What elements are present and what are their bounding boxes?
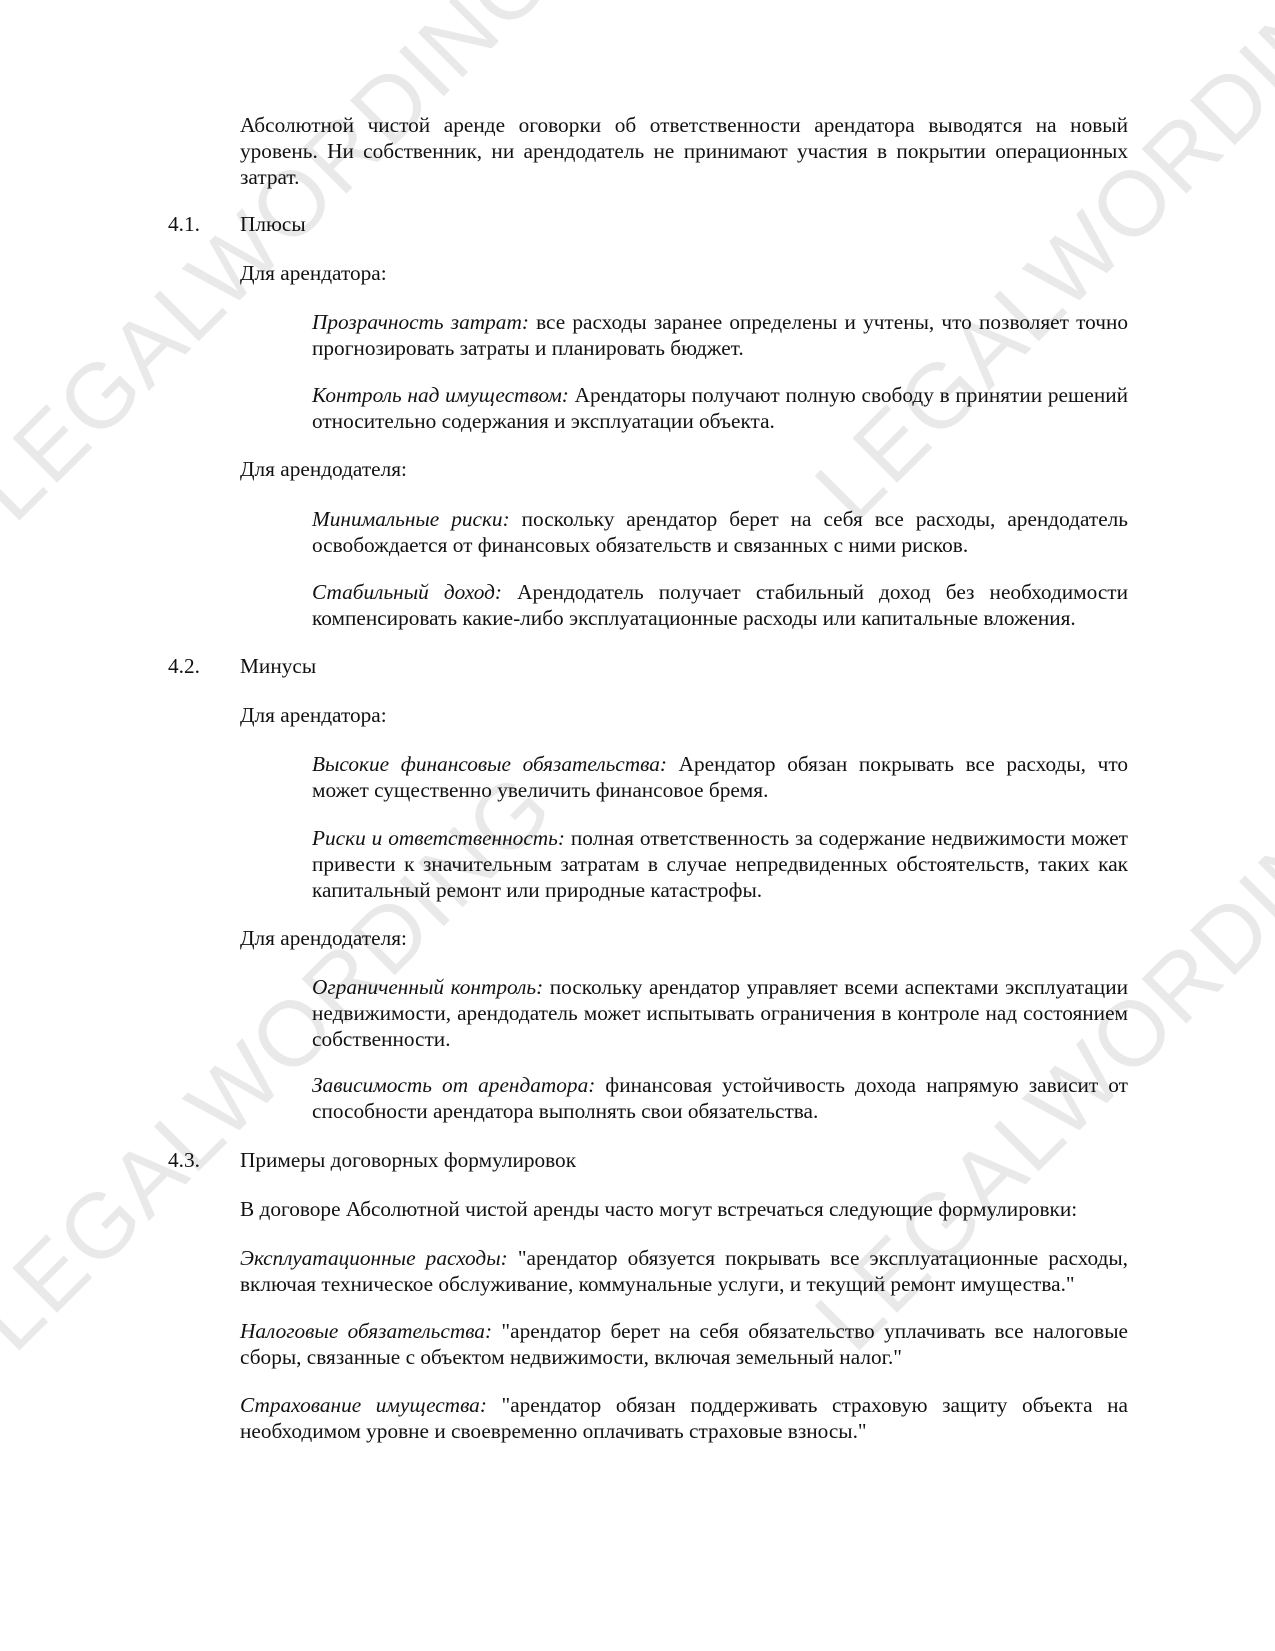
section-title: Плюсы: [240, 211, 306, 237]
section-lead: В договоре Абсолютной чистой аренды част…: [240, 1196, 1128, 1222]
list-item: Стабильный доход: Арендодатель получает …: [312, 579, 1128, 631]
section-number: 4.1.: [168, 211, 200, 237]
item-term: Зависимость от арендатора:: [312, 1073, 595, 1097]
item-term: Стабильный доход:: [312, 580, 502, 604]
document-page: Абсолютной чистой аренде оговорки об отв…: [0, 0, 1275, 1651]
group-label: Для арендодателя:: [240, 456, 407, 482]
list-item: Минимальные риски: поскольку арендатор б…: [312, 506, 1128, 558]
example-item: Эксплуатационные расходы: "арендатор обя…: [240, 1245, 1128, 1297]
list-item: Прозрачность затрат: все расходы заранее…: [312, 309, 1128, 361]
group-label: Для арендатора:: [240, 702, 387, 728]
list-item: Зависимость от арендатора: финансовая ус…: [312, 1072, 1128, 1124]
section-number: 4.3.: [168, 1147, 200, 1173]
item-term: Прозрачность затрат:: [312, 310, 529, 334]
item-term: Ограниченный контроль:: [312, 975, 543, 999]
section-title: Примеры договорных формулировок: [240, 1147, 576, 1173]
list-item: Риски и ответственность: полная ответств…: [312, 825, 1128, 903]
section-title: Минусы: [240, 653, 316, 679]
section-number: 4.2.: [168, 653, 200, 679]
item-term: Риски и ответственность:: [312, 826, 565, 850]
example-term: Налоговые обязательства:: [240, 1319, 492, 1343]
example-term: Эксплуатационные расходы:: [240, 1246, 508, 1270]
list-item: Контроль над имуществом: Арендаторы полу…: [312, 382, 1128, 434]
example-term: Страхование имущества:: [240, 1393, 487, 1417]
group-label: Для арендодателя:: [240, 925, 407, 951]
example-item: Страхование имущества: "арендатор обязан…: [240, 1392, 1128, 1444]
group-label: Для арендатора:: [240, 260, 387, 286]
example-item: Налоговые обязательства: "арендатор бере…: [240, 1318, 1128, 1370]
intro-paragraph: Абсолютной чистой аренде оговорки об отв…: [240, 112, 1128, 190]
list-item: Высокие финансовые обязательства: Аренда…: [312, 751, 1128, 803]
item-term: Контроль над имуществом:: [312, 383, 569, 407]
item-term: Минимальные риски:: [312, 507, 510, 531]
list-item: Ограниченный контроль: поскольку арендат…: [312, 974, 1128, 1052]
item-term: Высокие финансовые обязательства:: [312, 752, 667, 776]
